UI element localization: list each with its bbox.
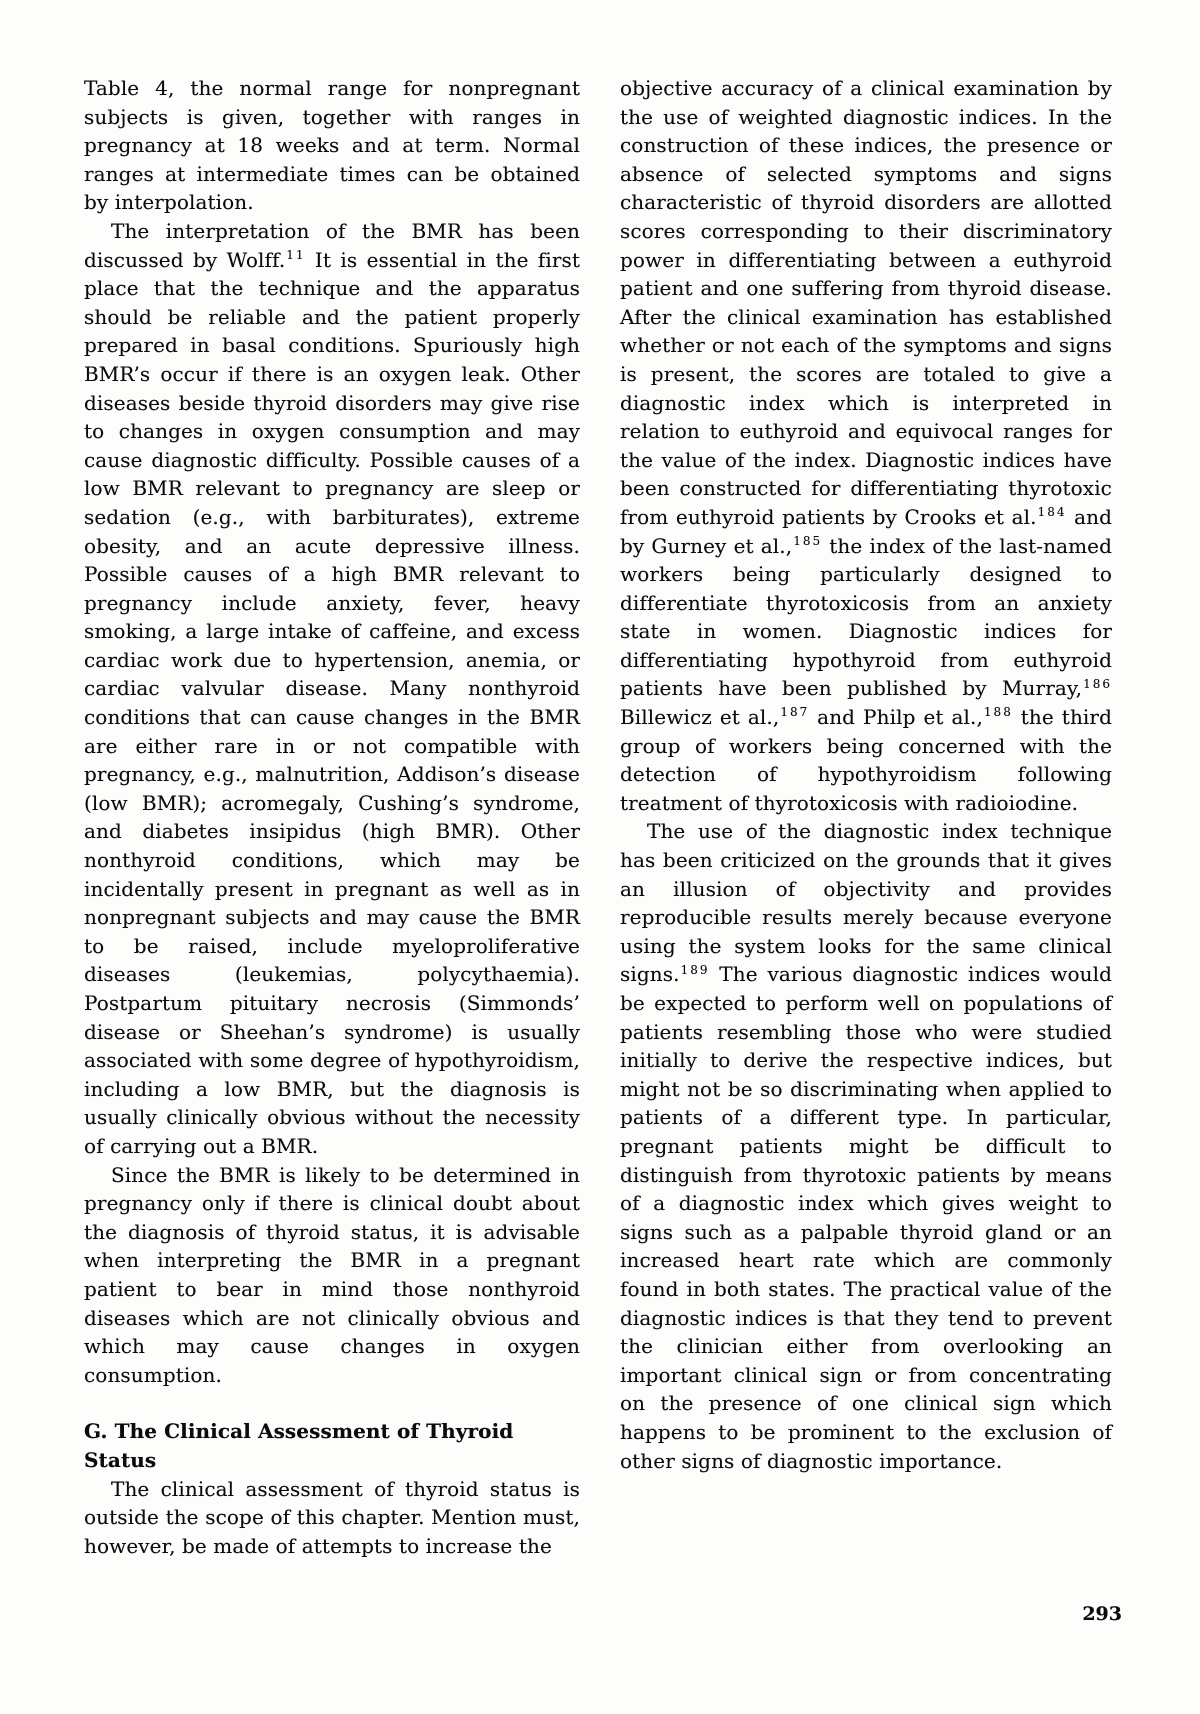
section-heading: G. The Clinical Assessment of Thyroid St…	[84, 1417, 580, 1474]
citation-superscript: 11	[286, 248, 305, 262]
body-paragraph: The interpretation of the BMR has been d…	[84, 217, 580, 1161]
text-column-right: objective accuracy of a clinical examina…	[620, 74, 1112, 1475]
citation-superscript: 186	[1083, 677, 1112, 691]
body-paragraph: Table 4, the normal range for nonpregnan…	[84, 74, 580, 217]
citation-superscript: 189	[681, 963, 710, 977]
text-column-left: Table 4, the normal range for nonpregnan…	[84, 74, 580, 1560]
citation-superscript: 188	[984, 705, 1013, 719]
citation-superscript: 187	[780, 705, 809, 719]
page-number: 293	[1082, 1603, 1122, 1625]
citation-superscript: 184	[1038, 505, 1067, 519]
body-paragraph: Since the BMR is likely to be determined…	[84, 1161, 580, 1390]
body-paragraph: The use of the diagnostic index techniqu…	[620, 817, 1112, 1475]
document-page: Table 4, the normal range for nonpregnan…	[0, 0, 1200, 1714]
body-paragraph: The clinical assessment of thyroid statu…	[84, 1475, 580, 1561]
citation-superscript: 185	[793, 534, 822, 548]
body-paragraph: objective accuracy of a clinical examina…	[620, 74, 1112, 817]
